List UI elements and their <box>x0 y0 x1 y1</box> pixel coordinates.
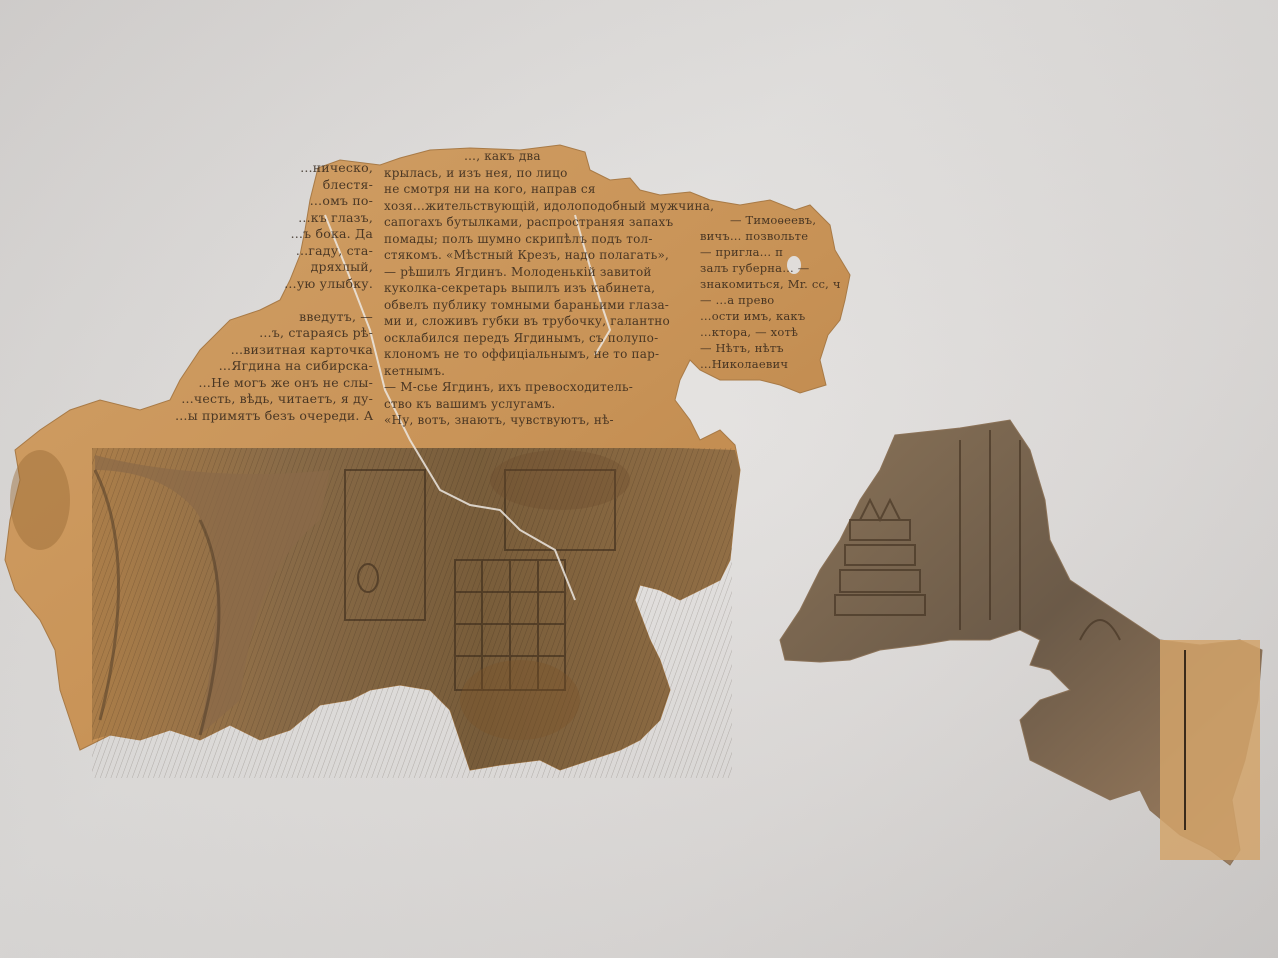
text-line: «Ну, вотъ, знаютъ, чувствуютъ, нѣ- <box>384 412 684 429</box>
text-line: …ъ бока. Да <box>175 226 373 243</box>
text-line: — …а превo <box>700 292 850 308</box>
text-line: знакомиться, Mr. сс, ч <box>700 276 850 292</box>
text-line: блестя- <box>175 177 373 194</box>
text-line: …ъ, стараясь рѣ- <box>175 325 373 342</box>
text-line: помады; полъ шумно скрипѣлъ подъ тол- <box>384 231 684 248</box>
text-line: …, какъ два <box>384 148 684 165</box>
small-fragment-text-column: — Тимоѳеевъ, вичъ… позвольте — пригла… п… <box>700 212 850 372</box>
text-line: ство къ вашимъ услугамъ. <box>384 396 684 413</box>
text-line: куколка-секретарь выпилъ изъ кабинета, <box>384 280 684 297</box>
text-line: …Николаевич <box>700 356 850 372</box>
text-line: …ктора, — хотѣ <box>700 324 850 340</box>
text-line: ми и, сложивъ губки въ трубочку, галантн… <box>384 313 684 330</box>
left-text-column: …ническо, блестя- …омъ по- …къ глазъ, …ъ… <box>175 160 373 424</box>
text-line: — Нѣтъ, нѣтъ <box>700 340 850 356</box>
text-line: — М-сье Ягдинъ, ихъ превосходитель- <box>384 379 684 396</box>
text-line: сапогахъ бутылками, распространяя запахъ <box>384 214 684 231</box>
text-line: …визитная карточка <box>175 342 373 359</box>
text-line: клономъ не то оффиціальнымъ, не то пар- <box>384 346 684 363</box>
text-line: …ническо, <box>175 160 373 177</box>
text-line: …честь, вѣдь, читаетъ, я ду- <box>175 391 373 408</box>
text-line: …гаду, ста- <box>175 243 373 260</box>
text-line: …ы примятъ безъ очереди. А <box>175 408 373 425</box>
newspaper-fragment-main <box>0 0 1278 958</box>
text-line: …Ягдина на сибирска- <box>175 358 373 375</box>
text-line: стякомъ. «Мѣстный Крезъ, надо полагать», <box>384 247 684 264</box>
text-line: …ости имъ, какъ <box>700 308 850 324</box>
text-line: — Тимоѳеевъ, <box>700 212 850 228</box>
text-line: залъ губерна… — <box>700 260 850 276</box>
text-line: обвелъ публику томными бараньими глаза- <box>384 297 684 314</box>
text-line: …омъ по- <box>175 193 373 210</box>
text-line: осклабился передъ Ягдинымъ, съ полупо- <box>384 330 684 347</box>
text-line: …Не могъ же онъ не слы- <box>175 375 373 392</box>
text-line: вичъ… позвольте <box>700 228 850 244</box>
text-line: — рѣшилъ Ягдинъ. Молоденькій завитой <box>384 264 684 281</box>
text-line: кетнымъ. <box>384 363 684 380</box>
text-line: крылась, и изъ нея, по лицо <box>384 165 684 182</box>
text-line: дряхлый, <box>175 259 373 276</box>
text-line: …къ глазъ, <box>175 210 373 227</box>
text-line: …ую улыбку. <box>175 276 373 293</box>
right-text-column: …, какъ два крылась, и изъ нея, по лицо … <box>384 148 684 429</box>
text-line: введутъ, — <box>175 309 373 326</box>
text-line <box>175 292 373 309</box>
text-line: — пригла… п <box>700 244 850 260</box>
text-line: хозя…жительствующій, идолоподобный мужчи… <box>384 198 684 215</box>
text-line: не смотря ни на кого, направ ся <box>384 181 684 198</box>
